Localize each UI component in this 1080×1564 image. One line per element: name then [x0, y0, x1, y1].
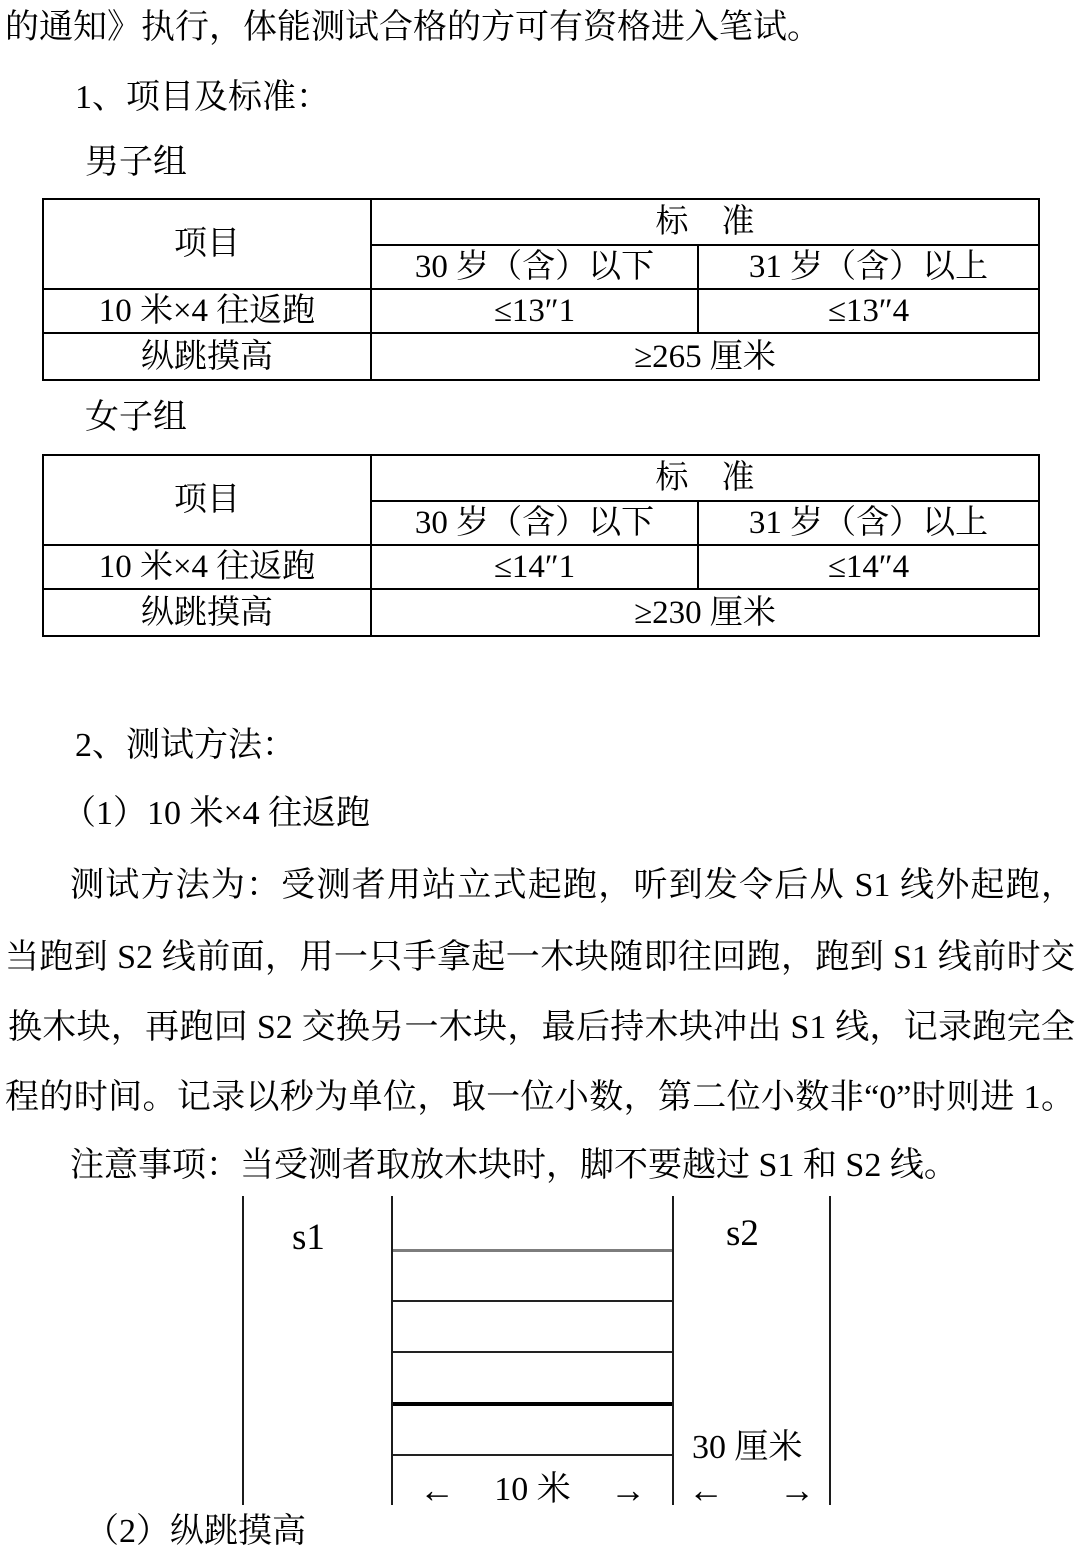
women-header-age-over-cell: 31 岁（含）以上: [698, 501, 1039, 545]
women-group-label: 女子组: [85, 398, 187, 438]
women-standards-table: 项目 标 准 30 岁（含）以下 31 岁（含）以上 10 米×4 往返跑 ≤1…: [42, 454, 1040, 637]
note-line: 注意事项：当受测者取放木块时，脚不要越过 S1 和 S2 线。: [70, 1146, 958, 1186]
ladder-rung: [393, 1300, 672, 1302]
right-arrow-icon: →: [610, 1472, 646, 1508]
shuttle-run-diagram: s1 s2 30 厘米 ← 10 米 → ← →: [0, 1196, 1080, 1508]
ladder-rung: [393, 1454, 672, 1456]
s2-boundary-line: [829, 1196, 831, 1505]
table-row: 10 米×4 往返跑 ≤14″1 ≤14″4: [43, 545, 1039, 589]
s1-boundary-line: [242, 1196, 244, 1505]
men-run-over-value-cell: ≤13″4: [698, 289, 1039, 333]
s1-label: s1: [292, 1218, 325, 1258]
men-header-item-cell: 项目: [43, 199, 371, 289]
left-arrow-icon: ←: [688, 1472, 724, 1508]
section1-heading: 1、项目及标准：: [75, 78, 330, 118]
women-run-under-value-cell: ≤14″1: [371, 545, 698, 589]
women-header-age-under-cell: 30 岁（含）以下: [371, 501, 698, 545]
men-run-under-value-cell: ≤13″1: [371, 289, 698, 333]
women-run-item-cell: 10 米×4 往返跑: [43, 545, 371, 589]
men-jump-item-cell: 纵跳摸高: [43, 333, 371, 380]
document-page: 的通知》执行，体能测试合格的方可有资格进入笔试。 1、项目及标准： 男子组 项目…: [0, 0, 1080, 1564]
ladder-rung: [393, 1351, 672, 1353]
left-arrow-icon: ←: [419, 1472, 455, 1508]
men-header-age-over-cell: 31 岁（含）以上: [698, 245, 1039, 289]
men-group-label: 男子组: [85, 143, 187, 183]
method-paragraph-line: 换木块，再跑回 S2 交换另一木块，最后持木块冲出 S1 线，记录跑完全: [8, 1008, 1075, 1048]
distance-10m-annotation: ← 10 米 →: [393, 1472, 672, 1508]
women-jump-value-cell: ≥230 厘米: [371, 589, 1039, 636]
women-run-over-value-cell: ≤14″4: [698, 545, 1039, 589]
women-jump-item-cell: 纵跳摸高: [43, 589, 371, 636]
distance-10m-label: 10 米: [494, 1470, 571, 1510]
table-row: 10 米×4 往返跑 ≤13″1 ≤13″4: [43, 289, 1039, 333]
men-run-item-cell: 10 米×4 往返跑: [43, 289, 371, 333]
right-arrow-icon: →: [779, 1472, 815, 1508]
ladder-rung-thick: [393, 1402, 672, 1406]
women-header-item-cell: 项目: [43, 455, 371, 545]
table-row: 纵跳摸高 ≥265 厘米: [43, 333, 1039, 380]
intro-line: 的通知》执行，体能测试合格的方可有资格进入笔试。: [5, 8, 1075, 48]
ladder-right-line: [672, 1196, 674, 1505]
gap-width-annotation: ← →: [674, 1472, 829, 1508]
method-paragraph-line: 程的时间。记录以秒为单位，取一位小数，第二位小数非“0”时则进 1。: [5, 1078, 1075, 1118]
method-paragraph-line: 当跑到 S2 线前面，用一只手拿起一木块随即往回跑，跑到 S1 线前时交: [5, 938, 1075, 978]
width-30cm-label: 30 厘米: [692, 1428, 803, 1468]
sub1-heading: （1）10 米×4 往返跑: [62, 794, 370, 834]
table-row: 纵跳摸高 ≥230 厘米: [43, 589, 1039, 636]
ladder-rung: [393, 1249, 672, 1252]
method-paragraph-line: 测试方法为：受测者用站立式起跑，听到发令后从 S1 线外起跑，: [70, 866, 1075, 906]
men-jump-value-cell: ≥265 厘米: [371, 333, 1039, 380]
women-header-standard-cell: 标 准: [371, 455, 1039, 501]
section2-heading: 2、测试方法：: [75, 726, 296, 766]
sub2-heading: （2）纵跳摸高: [85, 1512, 306, 1552]
s2-label: s2: [726, 1214, 759, 1254]
men-header-standard-cell: 标 准: [371, 199, 1039, 245]
men-standards-table: 项目 标 准 30 岁（含）以下 31 岁（含）以上 10 米×4 往返跑 ≤1…: [42, 198, 1040, 381]
men-header-age-under-cell: 30 岁（含）以下: [371, 245, 698, 289]
